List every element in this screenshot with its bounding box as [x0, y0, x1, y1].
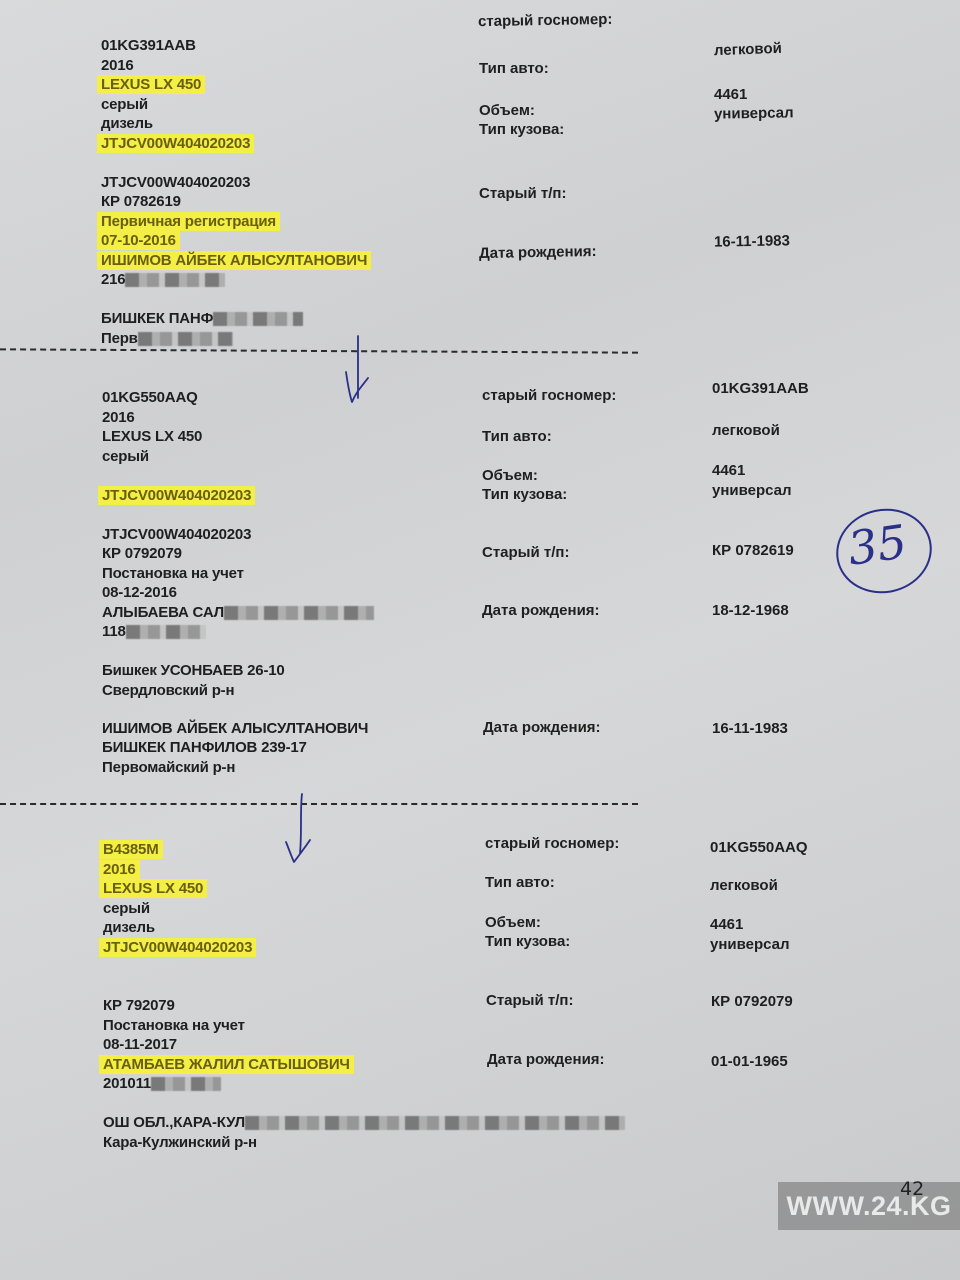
- label-old-plate: старый госномер:: [478, 11, 613, 30]
- operation-highlighted: Первичная регистрация: [97, 212, 280, 231]
- color: серый: [101, 95, 371, 115]
- plate: 01KG550AAQ: [102, 388, 374, 408]
- address-line-1: ОШ ОБЛ.,КАРА-КУЛ: [103, 1114, 245, 1131]
- volume-value: 4461: [710, 916, 743, 933]
- color: серый: [103, 899, 625, 919]
- label-birth-date: Дата рождения:: [482, 602, 600, 619]
- address-line-2: Свердловский р-н: [102, 681, 374, 701]
- year: 2016: [101, 56, 371, 76]
- label-body-type: Тип кузова:: [485, 933, 570, 950]
- owner-name-highlighted: ИШИМОВ АЙБЕК АЛЫСУЛТАНОВИЧ: [97, 251, 371, 270]
- label-body-type: Тип кузова:: [479, 121, 564, 138]
- operation: Постановка на учет: [103, 1016, 625, 1036]
- site-watermark: WWW.24.KG: [778, 1182, 960, 1230]
- operation-date: 08-12-2016: [102, 583, 374, 603]
- address-line-1: Бишкек УСОНБАЕВ 26-10: [102, 661, 374, 681]
- label-old-reg-doc: Старый т/п:: [482, 544, 569, 561]
- vehicle-type-value: легковой: [710, 877, 778, 894]
- owner-id: 118: [102, 623, 126, 640]
- second-person-name: ИШИМОВ АЙБЕК АЛЫСУЛТАНОВИЧ: [102, 719, 374, 739]
- redacted-block: [213, 312, 303, 326]
- record-1-left: 01KG391AAB 2016 LEXUS LX 450 серый дизел…: [101, 36, 371, 348]
- body-type-value: универсал: [714, 104, 794, 122]
- year-highlighted: 2016: [99, 860, 140, 879]
- label-birth-date: Дата рождения:: [487, 1051, 605, 1068]
- label-birth-date: Дата рождения:: [479, 243, 597, 262]
- plate: 01KG391AAB: [101, 36, 371, 56]
- volume-value: 4461: [712, 462, 745, 479]
- owner-id: 201011: [103, 1075, 151, 1092]
- redacted-block: [126, 625, 206, 639]
- label-volume: Объем:: [479, 102, 535, 119]
- birth-date-value: 18-12-1968: [712, 602, 789, 619]
- body-type-value: универсал: [712, 482, 792, 499]
- second-person-address-2: Первомайский р-н: [102, 758, 374, 778]
- volume-value: 4461: [714, 86, 747, 103]
- label-body-type: Тип кузова:: [482, 486, 567, 503]
- label-vehicle-type: Тип авто:: [485, 874, 555, 891]
- redacted-block: [245, 1116, 625, 1130]
- label-birth-date: Дата рождения:: [483, 719, 601, 736]
- operation: Постановка на учет: [102, 564, 374, 584]
- label-vehicle-type: Тип авто:: [482, 428, 552, 445]
- label-old-plate: старый госномер:: [482, 387, 616, 404]
- old-reg-doc-value: КР 0782619: [712, 542, 794, 559]
- vin: JTJCV00W404020203: [102, 525, 374, 545]
- circled-number: 35: [845, 514, 910, 576]
- address-line-1: БИШКЕК ПАНФ: [101, 310, 213, 327]
- address-line-2: Перв: [101, 330, 138, 347]
- redacted-block: [224, 606, 374, 620]
- label-old-reg-doc: Старый т/п:: [479, 185, 566, 202]
- label-volume: Объем:: [485, 914, 541, 931]
- label-old-plate: старый госномер:: [485, 835, 619, 852]
- redacted-block: [151, 1077, 221, 1091]
- fuel: дизель: [101, 114, 371, 134]
- redacted-block: [138, 332, 233, 346]
- owner-id: 216: [101, 271, 125, 288]
- old-reg-doc-value: КР 0792079: [711, 993, 793, 1010]
- redacted-block: [125, 273, 225, 287]
- label-vehicle-type: Тип авто:: [479, 60, 549, 77]
- record-2-left: 01KG550AAQ 2016 LEXUS LX 450 серый JTJCV…: [102, 388, 374, 777]
- document-page: 01KG391AAB 2016 LEXUS LX 450 серый дизел…: [0, 0, 960, 1280]
- old-plate-value: 01KG550AAQ: [710, 839, 808, 856]
- registration-doc: КР 0782619: [101, 192, 371, 212]
- model-highlighted: LEXUS LX 450: [99, 879, 207, 898]
- color: серый: [102, 447, 374, 467]
- vin-highlighted: JTJCV00W404020203: [97, 134, 254, 153]
- vehicle-type-value: легковой: [714, 40, 782, 59]
- vin: JTJCV00W404020203: [101, 173, 371, 193]
- vin-highlighted: JTJCV00W404020203: [99, 938, 256, 957]
- model-highlighted: LEXUS LX 450: [97, 75, 205, 94]
- owner-name: АЛЫБАЕВА САЛ: [102, 604, 224, 621]
- model: LEXUS LX 450: [102, 427, 374, 447]
- year: 2016: [102, 408, 374, 428]
- vehicle-type-value: легковой: [712, 422, 780, 439]
- circled-note: 35: [834, 506, 934, 596]
- record-separator: [0, 348, 638, 353]
- address-line-2: Кара-Кулжинский р-н: [103, 1133, 625, 1153]
- second-person-birth-date: 16-11-1983: [712, 720, 788, 737]
- label-old-reg-doc: Старый т/п:: [486, 992, 573, 1009]
- second-person-address-1: БИШКЕК ПАНФИЛОВ 239-17: [102, 738, 374, 758]
- plate-highlighted: B4385M: [99, 840, 163, 859]
- registration-doc: КР 0792079: [102, 544, 374, 564]
- body-type-value: универсал: [710, 936, 790, 953]
- owner-name-highlighted: АТАМБАЕВ ЖАЛИЛ САТЫШОВИЧ: [99, 1055, 354, 1074]
- vin-highlighted: JTJCV00W404020203: [98, 486, 255, 505]
- operation-date-highlighted: 07-10-2016: [97, 231, 180, 250]
- old-plate-value: 01KG391AAB: [712, 380, 809, 397]
- birth-date-value: 16-11-1983: [714, 232, 790, 250]
- page-number: 42: [900, 1178, 924, 1200]
- birth-date-value: 01-01-1965: [711, 1053, 788, 1070]
- label-volume: Объем:: [482, 467, 538, 484]
